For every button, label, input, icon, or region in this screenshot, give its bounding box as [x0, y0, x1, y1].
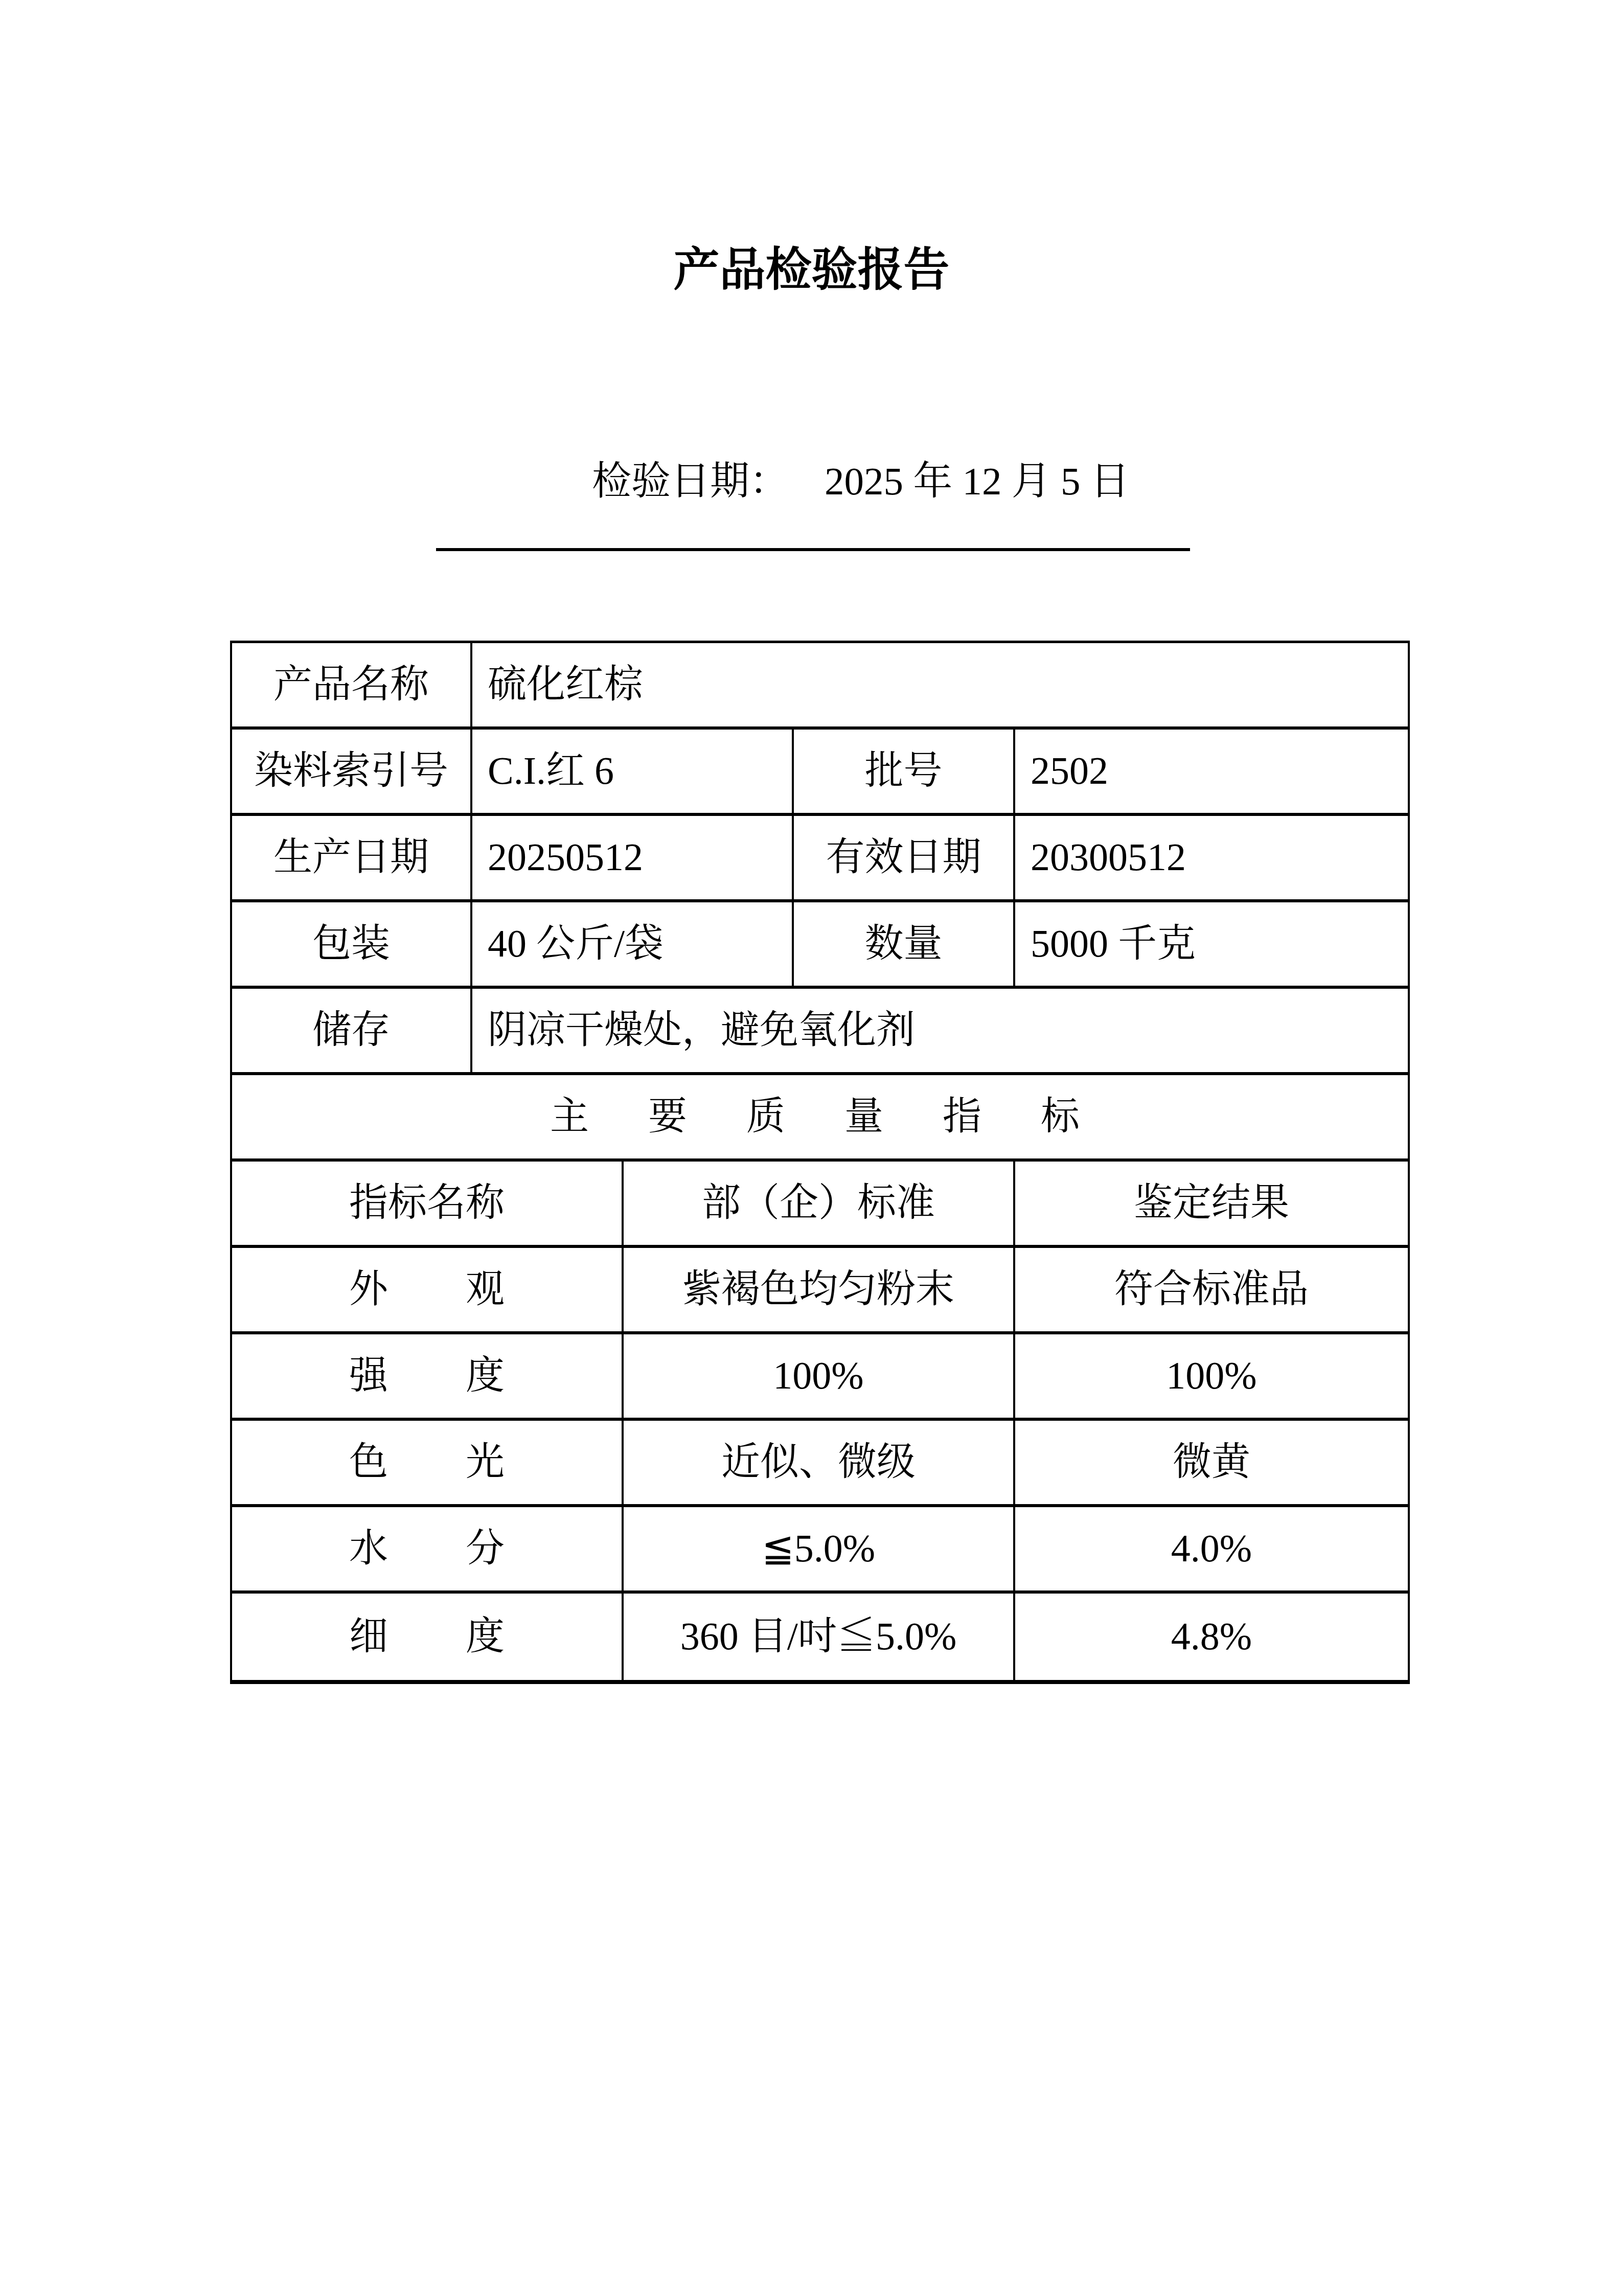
product-name-value: 硫化红棕 — [470, 643, 1408, 726]
table-row-packaging: 包装 40 公斤/袋 数量 5000 千克 — [232, 902, 1408, 989]
production-date-value: 20250512 — [470, 816, 792, 899]
table-row-section-header: 主 要 质 量 指 标 — [232, 1075, 1408, 1162]
quality-result: 4.0% — [1013, 1507, 1408, 1590]
quantity-value: 5000 千克 — [1013, 902, 1408, 986]
quality-header-result: 鉴定结果 — [1013, 1162, 1408, 1245]
quality-standard: 紫褐色均匀粉末 — [622, 1248, 1013, 1331]
storage-value: 阴凉干燥处，避免氧化剂 — [470, 989, 1408, 1072]
table-row-dye-index: 染料索引号 C.I.红 6 批号 2502 — [232, 730, 1408, 816]
quality-row-fineness: 细 度 360 目/吋≦5.0% 4.8% — [232, 1594, 1408, 1680]
dye-index-value: C.I.红 6 — [470, 730, 792, 813]
table-row-production-date: 生产日期 20250512 有效日期 20300512 — [232, 816, 1408, 902]
quality-name: 外 观 — [232, 1248, 622, 1331]
page-title: 产品检验报告 — [0, 247, 1623, 293]
quality-header-name: 指标名称 — [232, 1162, 622, 1245]
quality-row-strength: 强 度 100% 100% — [232, 1334, 1408, 1421]
quantity-label: 数量 — [792, 902, 1013, 986]
quality-row-appearance: 外 观 紫褐色均匀粉末 符合标准品 — [232, 1248, 1408, 1334]
packaging-label: 包装 — [232, 902, 470, 986]
quality-standard: 近似、微级 — [622, 1421, 1013, 1504]
storage-label: 储存 — [232, 989, 470, 1072]
quality-header-standard: 部（企）标准 — [622, 1162, 1013, 1245]
inspection-date-label: 检验日期： — [592, 459, 789, 503]
quality-result: 符合标准品 — [1013, 1248, 1408, 1331]
quality-standard: 100% — [622, 1334, 1013, 1418]
table-row-product-name: 产品名称 硫化红棕 — [232, 643, 1408, 730]
report-table: 产品名称 硫化红棕 染料索引号 C.I.红 6 批号 2502 生产日期 202… — [230, 641, 1410, 1684]
quality-result: 4.8% — [1013, 1594, 1408, 1680]
production-date-label: 生产日期 — [232, 816, 470, 899]
batch-label: 批号 — [792, 730, 1013, 813]
packaging-value: 40 公斤/袋 — [470, 902, 792, 986]
dye-index-label: 染料索引号 — [232, 730, 470, 813]
quality-result: 微黄 — [1013, 1421, 1408, 1504]
quality-name: 细 度 — [232, 1594, 622, 1680]
expiry-date-value: 20300512 — [1013, 816, 1408, 899]
date-underline-rule — [436, 548, 1190, 551]
inspection-date-line: 检验日期：2025 年 12 月 5 日 — [592, 462, 1130, 501]
batch-value: 2502 — [1013, 730, 1408, 813]
inspection-date-value: 2025 年 12 月 5 日 — [825, 462, 1130, 501]
quality-result: 100% — [1013, 1334, 1408, 1418]
quality-standard: 360 目/吋≦5.0% — [622, 1594, 1013, 1680]
table-row-quality-headers: 指标名称 部（企）标准 鉴定结果 — [232, 1162, 1408, 1248]
expiry-date-label: 有效日期 — [792, 816, 1013, 899]
product-name-label: 产品名称 — [232, 643, 470, 726]
quality-row-shade: 色 光 近似、微级 微黄 — [232, 1421, 1408, 1507]
table-row-storage: 储存 阴凉干燥处，避免氧化剂 — [232, 989, 1408, 1075]
quality-row-moisture: 水 分 ≦5.0% 4.0% — [232, 1507, 1408, 1594]
quality-standard: ≦5.0% — [622, 1507, 1013, 1590]
quality-name: 色 光 — [232, 1421, 622, 1504]
quality-section-header: 主 要 质 量 指 标 — [232, 1075, 1408, 1158]
quality-name: 水 分 — [232, 1507, 622, 1590]
quality-name: 强 度 — [232, 1334, 622, 1418]
report-page: 产品检验报告 检验日期：2025 年 12 月 5 日 产品名称 硫化红棕 染料… — [0, 0, 1623, 2296]
